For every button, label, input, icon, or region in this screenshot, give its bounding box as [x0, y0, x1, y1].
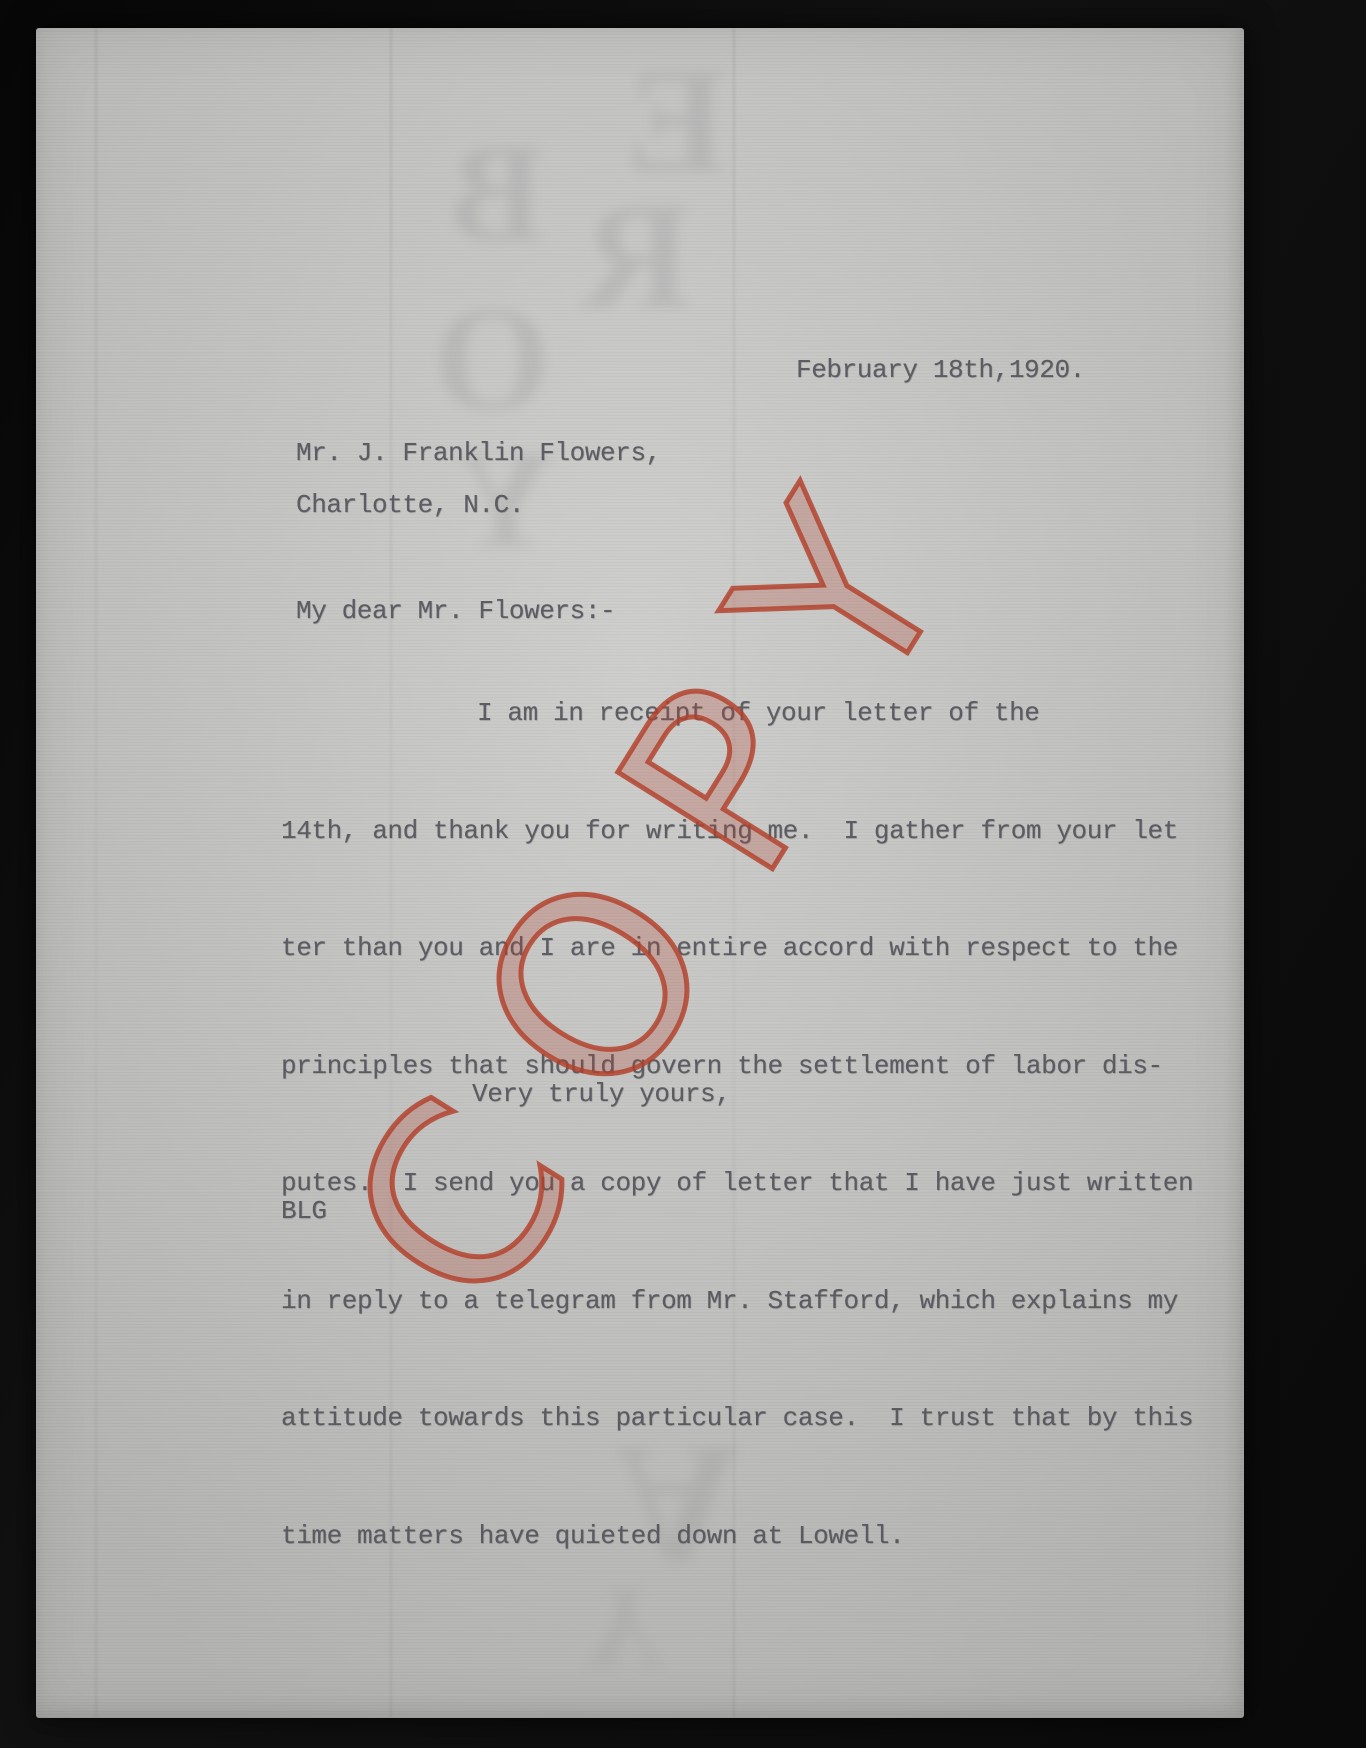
scan-background: E R B O Y A Y February 18th,1920. Mr. J.… [0, 0, 1366, 1748]
recipient-name-line: Mr. J. Franklin Flowers, [296, 438, 661, 468]
body-line: time matters have quieted down at Lowell… [281, 1521, 1241, 1579]
paper-crease [95, 28, 97, 1718]
letterhead-bleedthrough-glyph: B [451, 124, 544, 264]
letter-page: E R B O Y A Y February 18th,1920. Mr. J.… [36, 28, 1244, 1718]
letterhead-bleedthrough-glyph: R [581, 180, 691, 332]
recipient-city-line: Charlotte, N.C. [296, 490, 524, 520]
letterhead-bleedthrough-glyph: O [434, 284, 551, 434]
body-line: attitude towards this particular case. I… [281, 1403, 1241, 1461]
letter-date: February 18th,1920. [796, 355, 1085, 385]
body-line: in reply to a telegram from Mr. Stafford… [281, 1286, 1241, 1344]
salutation: My dear Mr. Flowers:- [296, 596, 615, 626]
